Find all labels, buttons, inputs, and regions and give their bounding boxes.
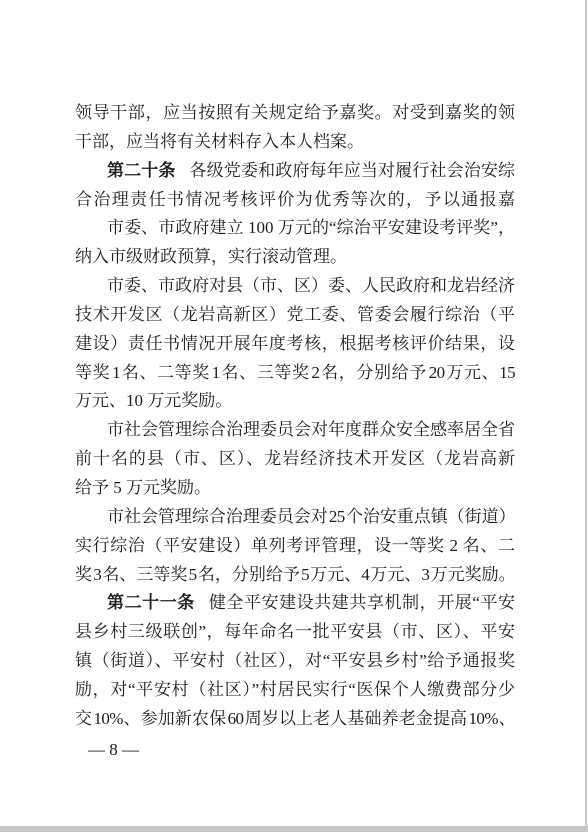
line-text: 镇（街道）、平安村（社区），对“平安县乡村”给予通报奖 [75, 651, 515, 670]
text-line: 合治理责任书情况考核评价为优秀等次的，予以通报嘉奖。 [75, 186, 515, 215]
line-text: 市社会管理综合治理委员会对 25 个治安重点镇（街道） [107, 507, 515, 526]
line-text: 交 10%、参加新农保 60 周岁以上老人基础养老金提高 10%、 [75, 709, 515, 728]
document-body: 领导干部，应当按照有关规定给予嘉奖。对受到嘉奖的领导 干部，应当将有关材料存入本… [75, 99, 515, 734]
text-line: 万元、10 万元奖励。 [75, 387, 515, 416]
article-number: 第二十条 [107, 161, 176, 180]
text-line: 干部，应当将有关材料存入本人档案。 [75, 128, 515, 157]
line-text: 市委、市政府建立 100 万元的“综治平安建设考评奖”， [107, 218, 515, 237]
line-text: 给予 5 万元奖励。 [75, 478, 211, 497]
line-text: 健全平安建设共建共享机制，开展“平安 [209, 593, 515, 612]
page-number: — 8 — [88, 741, 139, 758]
text-line: 市社会管理综合治理委员会对 25 个治安重点镇（街道） [75, 503, 515, 532]
line-text: 奖 3 名、三等奖 5 名，分别给予 5 万元、4 万元、3 万元奖励。 [75, 565, 515, 584]
text-line: 前十名的县（市、区）、龙岩经济技术开发区（龙岩高新区） [75, 445, 515, 474]
text-line: 交 10%、参加新农保 60 周岁以上老人基础养老金提高 10%、 [75, 705, 515, 734]
scan-edge-bottom [0, 826, 588, 832]
text-line: 励，对“平安村（社区）”村居民实行“医保个人缴费部分少 [75, 676, 515, 705]
text-line: 建设）责任书情况开展年度考核，根据考核评价结果，设一 [75, 330, 515, 359]
line-text: 万元、10 万元奖励。 [75, 391, 232, 410]
line-text: 技术开发区（龙岩高新区）党工委、管委会履行综治（平安 [75, 305, 515, 330]
scan-edge-right [585, 0, 587, 832]
text-line: 领导干部，应当按照有关规定给予嘉奖。对受到嘉奖的领导 [75, 99, 515, 128]
text-line: 给予 5 万元奖励。 [75, 474, 515, 503]
text-line: 技术开发区（龙岩高新区）党工委、管委会履行综治（平安 [75, 301, 515, 330]
line-text: 干部，应当将有关材料存入本人档案。 [75, 132, 364, 151]
text-line: 市社会管理综合治理委员会对年度群众安全感率居全省 [75, 416, 515, 445]
text-line: 镇（街道）、平安村（社区），对“平安县乡村”给予通报奖 [75, 647, 515, 676]
text-line: 实行综治（平安建设）单列考评管理，设一等奖 2 名、二等 [75, 532, 515, 561]
document-page: 领导干部，应当按照有关规定给予嘉奖。对受到嘉奖的领导 干部，应当将有关材料存入本… [0, 0, 588, 832]
line-text: 等奖 1 名、二等奖 1 名、三等奖 2 名，分别给予 20 万元、15 [75, 363, 515, 382]
line-text: 合治理责任书情况考核评价为优秀等次的，予以通报嘉奖。 [75, 190, 515, 215]
article-number: 第二十一条 [107, 593, 195, 612]
line-text: 领导干部，应当按照有关规定给予嘉奖。对受到嘉奖的领导 [75, 103, 515, 128]
line-text: 各级党委和政府每年应当对履行社会治安综 [190, 161, 515, 180]
line-text: 市社会管理综合治理委员会对年度群众安全感率居全省 [107, 420, 515, 439]
text-line: 市委、市政府对县（市、区）委、人民政府和龙岩经济 [75, 272, 515, 301]
text-line: 奖 3 名、三等奖 5 名，分别给予 5 万元、4 万元、3 万元奖励。 [75, 561, 515, 590]
line-text: 前十名的县（市、区）、龙岩经济技术开发区（龙岩高新区） [75, 449, 515, 474]
line-text: 励，对“平安村（社区）”村居民实行“医保个人缴费部分少 [75, 680, 515, 699]
line-text: 建设）责任书情况开展年度考核，根据考核评价结果，设一 [75, 334, 515, 359]
text-line: 第二十条各级党委和政府每年应当对履行社会治安综 [75, 157, 515, 186]
text-line: 县乡村三级联创”，每年命名一批平安县（市、区）、平安乡 [75, 618, 515, 647]
text-line: 等奖 1 名、二等奖 1 名、三等奖 2 名，分别给予 20 万元、15 [75, 359, 515, 388]
line-text: 县乡村三级联创”，每年命名一批平安县（市、区）、平安乡 [75, 622, 515, 647]
text-line: 市委、市政府建立 100 万元的“综治平安建设考评奖”， [75, 214, 515, 243]
text-line: 纳入市级财政预算，实行滚动管理。 [75, 243, 515, 272]
line-text: 市委、市政府对县（市、区）委、人民政府和龙岩经济 [107, 276, 515, 295]
line-text: 纳入市级财政预算，实行滚动管理。 [75, 247, 347, 266]
text-line: 第二十一条健全平安建设共建共享机制，开展“平安 [75, 589, 515, 618]
line-text: 实行综治（平安建设）单列考评管理，设一等奖 2 名、二等 [75, 536, 515, 561]
